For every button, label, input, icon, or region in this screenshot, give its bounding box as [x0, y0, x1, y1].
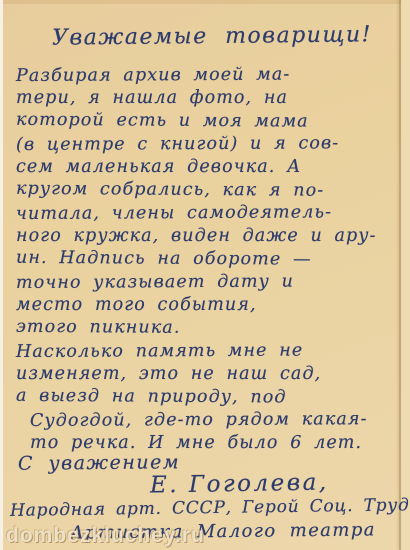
letter-line: которой есть и моя мама: [16, 109, 406, 134]
letter-closing: С уважением: [18, 451, 180, 474]
letter-line: точно указывает дату и: [16, 270, 406, 295]
signature-credentials-line-1: Народная арт. СССР, Герой Соц. Труда: [10, 495, 410, 521]
letter-line: Насколько память мне не: [16, 339, 406, 364]
letter-line: ного кружка, виден даже и ару-: [16, 225, 406, 248]
letter-line: кругом собрались, как я по-: [16, 178, 406, 203]
letter-line: Судогдой, где-то рядом какая-: [16, 408, 406, 433]
letter-body: Разбирая архив моей ма- тери, я нашла фо…: [16, 64, 406, 455]
letter-line: читала, члены самодеятель-: [16, 201, 406, 226]
letter-line: ин. Надпись на обороте —: [16, 247, 406, 272]
letter-salutation: Уважаемые товарищи!: [52, 22, 372, 50]
letter-line: тери, я нашла фото, на: [16, 87, 406, 110]
paper-edge-top: [0, 0, 410, 4]
letter-line: место того события,: [16, 294, 406, 317]
letter-line: Разбирая архив моей ма-: [16, 63, 406, 88]
letter-scan: Уважаемые товарищи! Разбирая архив моей …: [0, 0, 410, 550]
site-watermark: dombezkluchey.ru: [6, 524, 205, 548]
letter-line: сем маленькая девочка. А: [16, 156, 406, 179]
letter-line: изменяет, это не наш сад,: [16, 363, 406, 386]
paper-edge-left: [0, 0, 3, 550]
letter-line: а выезд на природу, под: [16, 385, 406, 410]
letter-line: этого пикника.: [16, 316, 406, 341]
letter-signature: Е. Гоголева,: [150, 469, 329, 498]
letter-line: (в центре с книгой) и я сов-: [16, 132, 406, 157]
